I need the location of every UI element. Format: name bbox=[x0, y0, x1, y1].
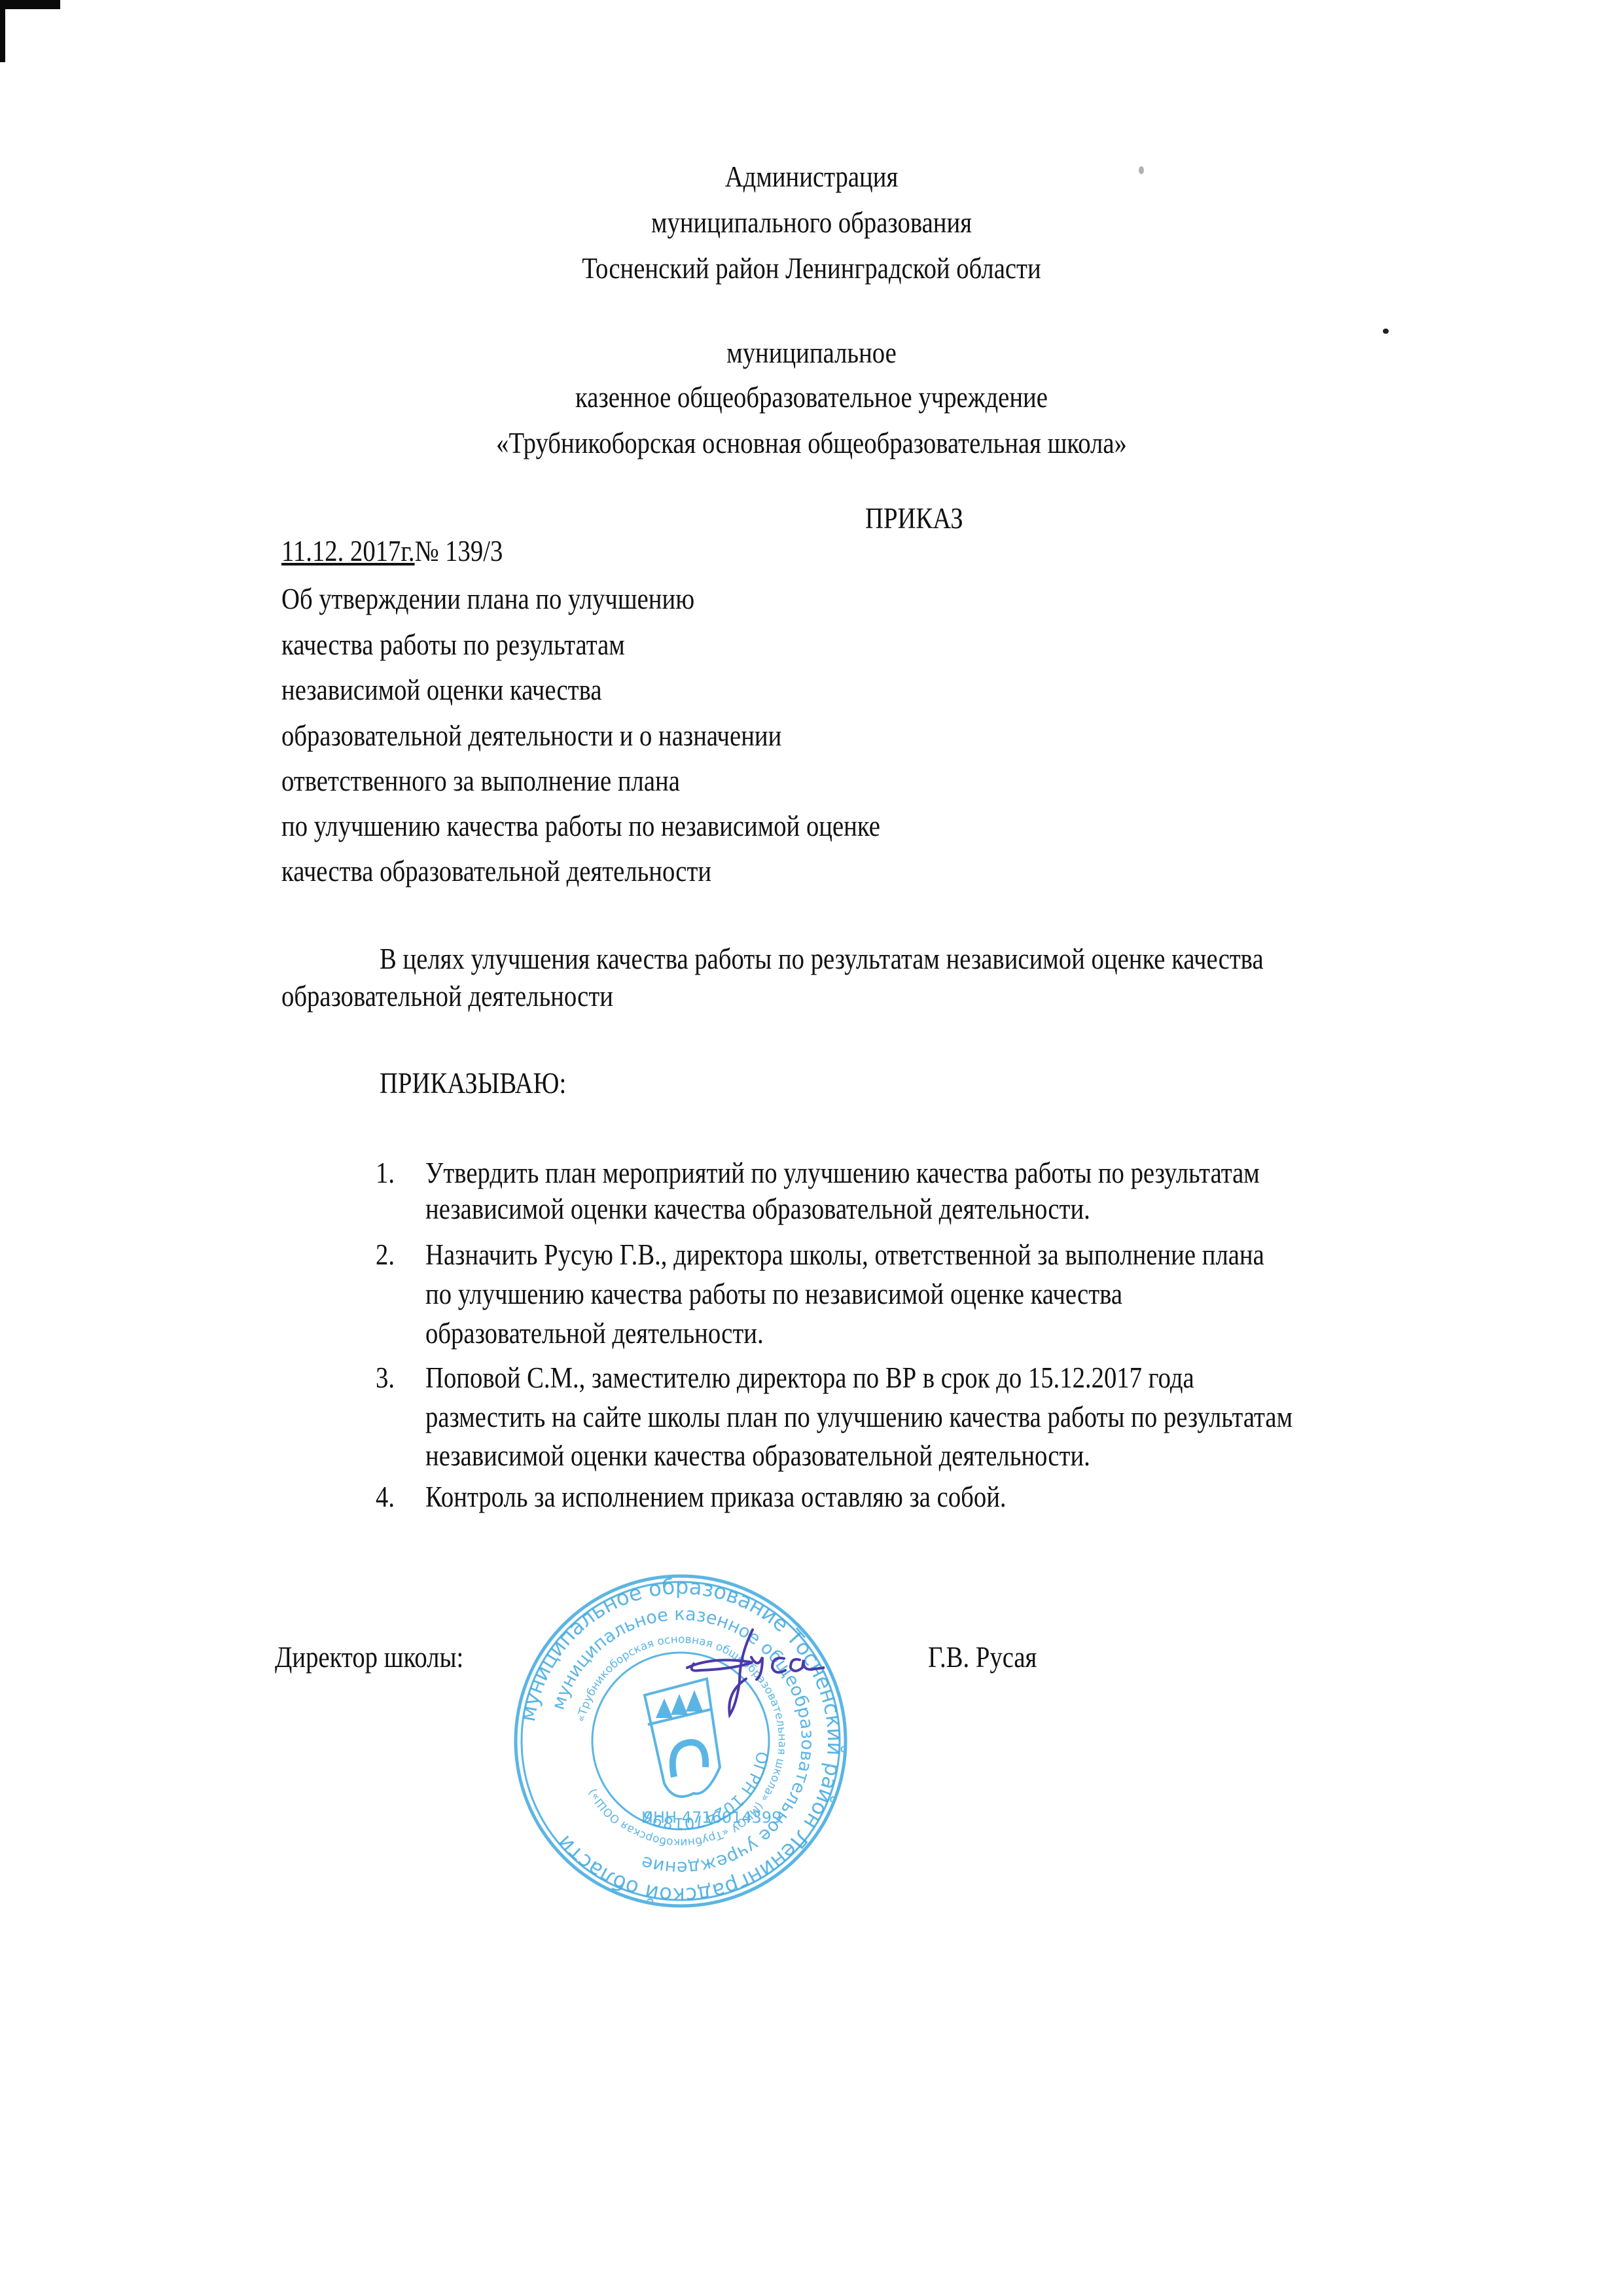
item-line: Контроль за исполнением приказа оставляю… bbox=[425, 1482, 1007, 1512]
signature-name: Г.В. Русая bbox=[928, 1643, 1037, 1672]
order-title: ПРИКАЗ bbox=[865, 504, 963, 533]
subject-line: по улучшению качества работы по независи… bbox=[281, 812, 880, 841]
item-line: разместить на сайте школы план по улучше… bbox=[425, 1403, 1293, 1432]
item-line: Утвердить план мероприятий по улучшению … bbox=[425, 1158, 1260, 1188]
preamble-line-1: В целях улучшения качества работы по рез… bbox=[380, 944, 1264, 974]
subject-line: качества работы по результатам bbox=[281, 630, 625, 660]
header-inst-line-2: казенное общеобразовательное учреждение bbox=[114, 383, 1510, 412]
scan-artifact bbox=[0, 0, 5, 62]
order-number: № 139/3 bbox=[415, 535, 503, 567]
order-date: 11.12. 2017г. bbox=[281, 535, 415, 567]
item-line: независимой оценки качества образователь… bbox=[425, 1194, 1090, 1224]
item-number: 4. bbox=[376, 1482, 395, 1512]
scan-speck bbox=[1383, 329, 1389, 334]
header-admin-line-1: Администрация bbox=[114, 162, 1510, 192]
signature-role: Директор школы: bbox=[275, 1643, 463, 1672]
subject-line: независимой оценки качества bbox=[281, 675, 602, 705]
order-date-number: 11.12. 2017г.№ 139/3 bbox=[281, 537, 503, 566]
item-line: Поповой С.М., заместителю директора по В… bbox=[425, 1363, 1194, 1393]
item-line: Назначить Русую Г.В., директора школы, о… bbox=[425, 1240, 1264, 1270]
preamble-line-2: образовательной деятельности bbox=[281, 982, 613, 1011]
header-admin-line-3: Тосненский район Ленинградской области bbox=[114, 254, 1510, 283]
directive: ПРИКАЗЫВАЮ: bbox=[380, 1069, 566, 1098]
subject-line: Об утверждении плана по улучшению bbox=[281, 584, 694, 614]
item-number: 1. bbox=[376, 1158, 395, 1188]
item-number: 3. bbox=[376, 1363, 395, 1393]
subject-line: ответственного за выполнение плана bbox=[281, 766, 680, 796]
subject-line: качества образовательной деятельности bbox=[281, 857, 711, 886]
svg-text:ИНН 4716014399: ИНН 4716014399 bbox=[641, 1808, 781, 1827]
subject-line: образовательной деятельности и о назначе… bbox=[281, 721, 781, 751]
item-line: независимой оценки качества образователь… bbox=[425, 1441, 1090, 1471]
handwritten-signature-icon bbox=[674, 1617, 825, 1721]
item-line: по улучшению качества работы по независи… bbox=[425, 1280, 1122, 1309]
item-number: 2. bbox=[376, 1240, 395, 1270]
item-line: образовательной деятельности. bbox=[425, 1319, 764, 1348]
header-admin-line-2: муниципального образования bbox=[114, 208, 1510, 238]
scan-artifact bbox=[0, 0, 60, 9]
header-inst-line-3: «Трубникоборская основная общеобразовате… bbox=[114, 429, 1510, 458]
header-inst-line-1: муниципальное bbox=[114, 338, 1510, 368]
